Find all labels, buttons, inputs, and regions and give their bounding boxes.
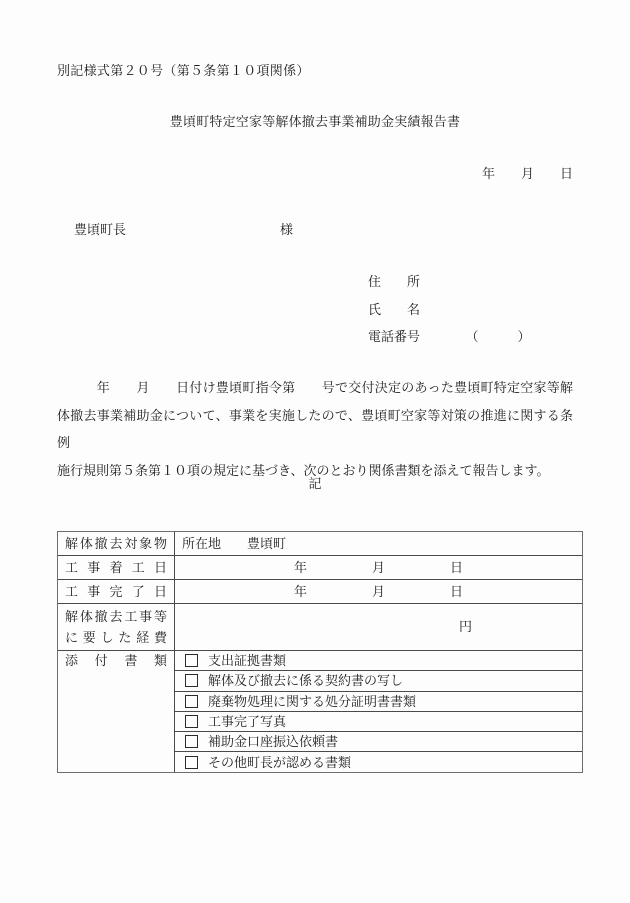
row-label: 解体撤去対象物 <box>58 532 175 555</box>
checkbox-icon[interactable] <box>185 756 198 769</box>
body-paragraph: 年 月 日付け豊頃町指令第 号で交付決定のあった豊頃町特定空家等解 体撤去事業補… <box>57 374 573 484</box>
attachment-label: 工事完了写真 <box>208 712 286 731</box>
table-row-construction-start-date: 工事着工日 年 月 日 <box>58 555 582 579</box>
applicant-contact-block: 住 所 氏 名 電話番号 （ ） <box>368 268 531 351</box>
attachment-row: 補助金口座振込依頼書 <box>175 731 582 751</box>
document-title: 豊頃町特定空家等解体撤去事業補助金実績報告書 <box>0 111 630 130</box>
report-table: 解体撤去対象物 所在地 豊頃町 工事着工日 年 月 日 工事完了日 年 月 日 … <box>57 531 583 773</box>
checkbox-icon[interactable] <box>185 654 198 667</box>
form-number-note: 別記様式第２０号（第５条第１０項関係） <box>57 60 310 79</box>
body-paragraph-line: 年 月 日付け豊頃町指令第 号で交付決定のあった豊頃町特定空家等解 <box>57 374 573 402</box>
row-value: 年 月 日 <box>175 556 582 579</box>
body-paragraph-line: 体撤去事業補助金について、事業を実施したので、豊頃町空家等対策の推進に関する条例 <box>57 402 573 457</box>
table-row-construction-end-date: 工事完了日 年 月 日 <box>58 579 582 603</box>
table-row-demolition-target: 解体撤去対象物 所在地 豊頃町 <box>58 532 582 555</box>
attachment-label: 補助金口座振込依頼書 <box>208 732 338 751</box>
row-value: 年 月 日 <box>175 580 582 603</box>
row-label: 工事着工日 <box>58 556 175 579</box>
applicant-address-label: 住 所 <box>368 268 531 296</box>
addressee-honorific: 様 <box>280 219 293 238</box>
attachment-row: 廃棄物処理に関する処分証明書書類 <box>175 691 582 711</box>
memo-mark: 記 <box>0 473 630 492</box>
checkbox-icon[interactable] <box>185 674 198 687</box>
row-value: 円 <box>175 604 582 650</box>
attachment-row: 解体及び撤去に係る契約書の写し <box>175 670 582 690</box>
attachments-list: 支出証拠書類 解体及び撤去に係る契約書の写し 廃棄物処理に関する処分証明書書類 … <box>175 651 582 772</box>
attachment-label: 廃棄物処理に関する処分証明書書類 <box>208 692 416 711</box>
table-row-expenses: 解体撤去工事等に要した経費 円 <box>58 603 582 650</box>
attachment-row: 支出証拠書類 <box>175 651 582 670</box>
attachment-row: その他町長が認める書類 <box>175 751 582 771</box>
attachment-label: 支出証拠書類 <box>208 651 286 670</box>
addressee-line: 豊頃町長 様 <box>0 219 630 239</box>
attachment-row: 工事完了写真 <box>175 711 582 731</box>
row-value: 所在地 豊頃町 <box>175 532 582 555</box>
applicant-name-label: 氏 名 <box>368 296 531 324</box>
document-page: 別記様式第２０号（第５条第１０項関係） 豊頃町特定空家等解体撤去事業補助金実績報… <box>0 0 630 903</box>
checkbox-icon[interactable] <box>185 715 198 728</box>
row-label: 工事完了日 <box>58 580 175 603</box>
applicant-phone-label: 電話番号 （ ） <box>368 323 531 351</box>
attachments-label: 添付書類 <box>58 651 175 772</box>
row-label: 解体撤去工事等に要した経費 <box>58 604 175 650</box>
attachment-label: その他町長が認める書類 <box>208 753 351 772</box>
addressee-name: 豊頃町長 <box>74 219 126 238</box>
report-date-line: 年 月 日 <box>482 163 573 182</box>
table-row-attachments: 添付書類 支出証拠書類 解体及び撤去に係る契約書の写し 廃棄物処理に関する処分証… <box>58 650 582 772</box>
attachment-label: 解体及び撤去に係る契約書の写し <box>208 671 403 690</box>
checkbox-icon[interactable] <box>185 695 198 708</box>
checkbox-icon[interactable] <box>185 735 198 748</box>
